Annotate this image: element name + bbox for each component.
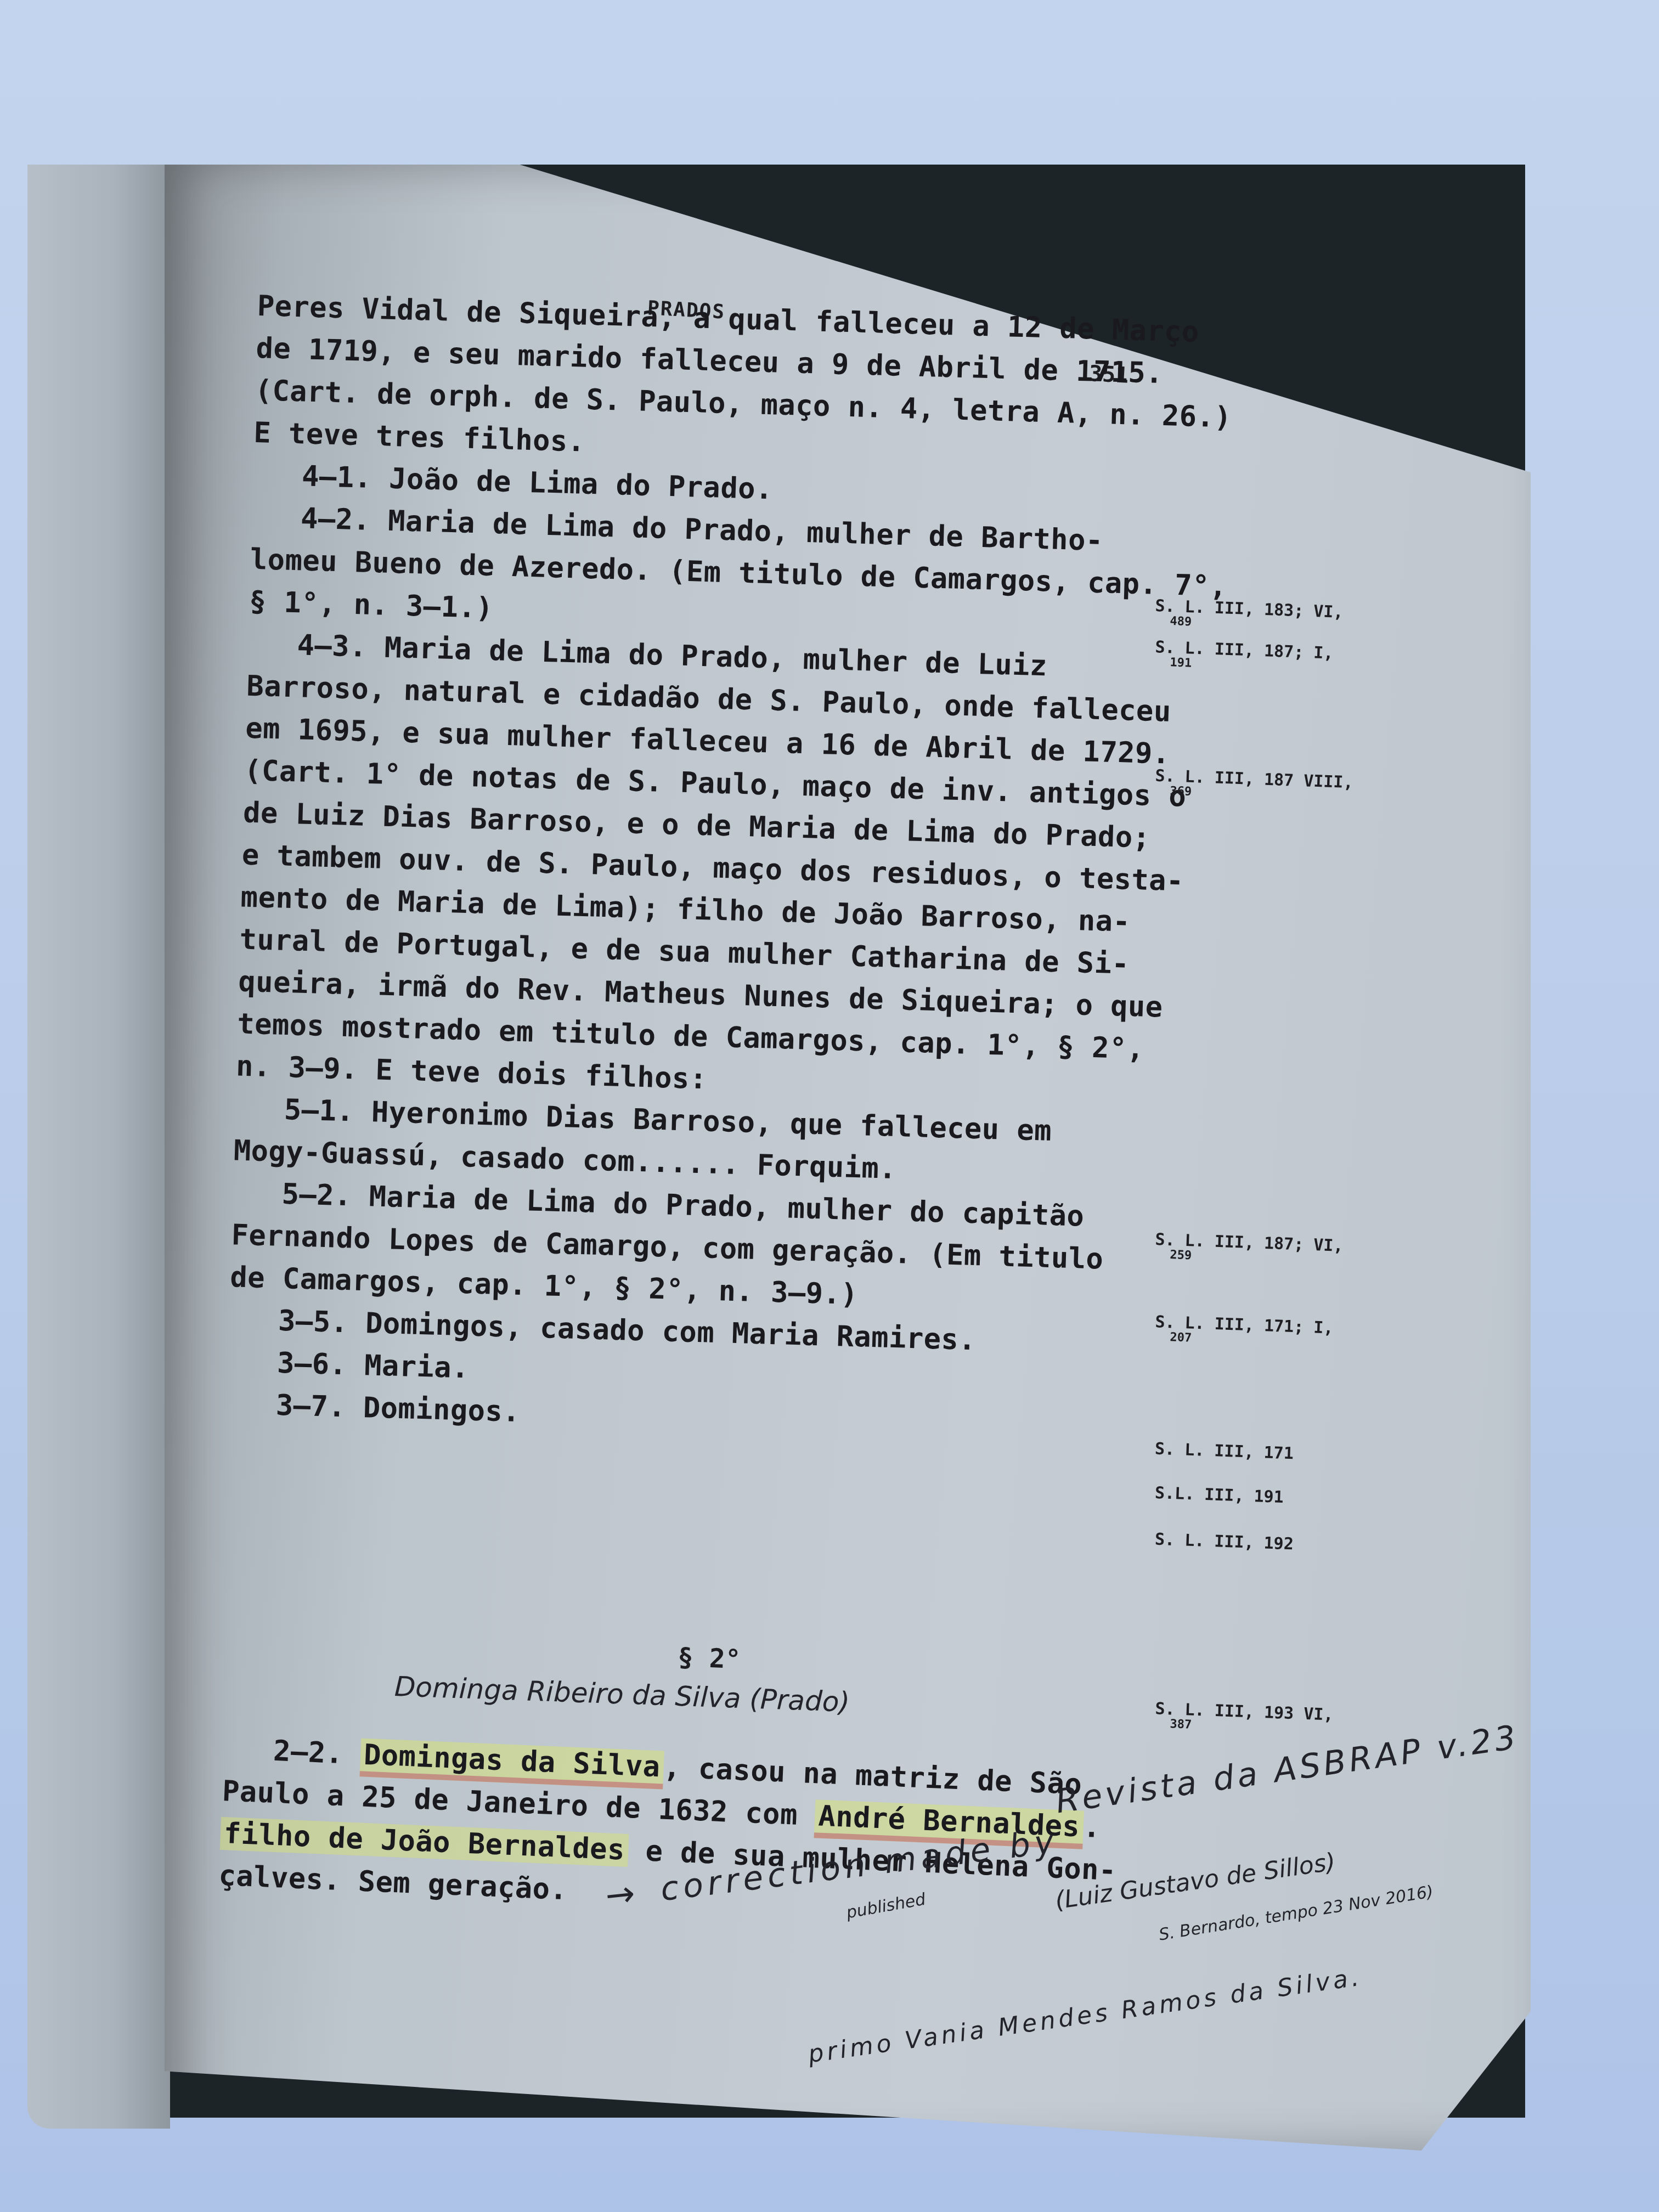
margin-ref: S. L. III, 183; VI,489 bbox=[1154, 597, 1344, 634]
entry-number: 2—2. bbox=[273, 1735, 344, 1770]
entry-4-2: 4—2. Maria de Lima do Prado, mulher de B… bbox=[249, 496, 1152, 648]
entry-number: 3—7. bbox=[275, 1389, 346, 1424]
entry-number: 5—2. bbox=[281, 1178, 352, 1213]
entry-text: João de Lima do Prado. bbox=[388, 462, 773, 506]
section-mark: § 2° bbox=[677, 1642, 741, 1675]
margin-ref: S. L. III, 171; I,207 bbox=[1154, 1313, 1334, 1349]
margin-ref: S. L. III, 187; VI,259 bbox=[1154, 1231, 1344, 1267]
entry-text: Maria. bbox=[364, 1349, 469, 1385]
handwritten-arrow-icon: → bbox=[603, 1873, 637, 1916]
margin-ref: S. L. III, 187 VIII,369 bbox=[1154, 768, 1353, 804]
entry-5-2: 5—2. Maria de Lima do Prado, mulher do c… bbox=[229, 1172, 1132, 1324]
main-text-block: Peres Vidal de Siqueira, a qual falleceu… bbox=[226, 285, 1157, 1451]
entry-number: 4—3. bbox=[297, 629, 368, 664]
entry-number: 4—2. bbox=[300, 502, 371, 537]
margin-ref: S. L. III, 193 VI,387 bbox=[1154, 1700, 1334, 1736]
entry-text: Domingos. bbox=[363, 1391, 521, 1429]
margin-ref: S.L. III, 191 bbox=[1155, 1485, 1284, 1506]
entry-4-3: 4—3. Maria de Lima do Prado, mulher de L… bbox=[235, 623, 1148, 1113]
entry-number: 3—5. bbox=[278, 1305, 348, 1340]
entry-number: 3—6. bbox=[276, 1347, 347, 1382]
left-page-edge bbox=[27, 165, 170, 2129]
entry-number: 4—1. bbox=[301, 460, 372, 495]
margin-ref: S. L. III, 187; I,191 bbox=[1154, 639, 1334, 674]
entry-number: 5—1. bbox=[284, 1093, 354, 1128]
